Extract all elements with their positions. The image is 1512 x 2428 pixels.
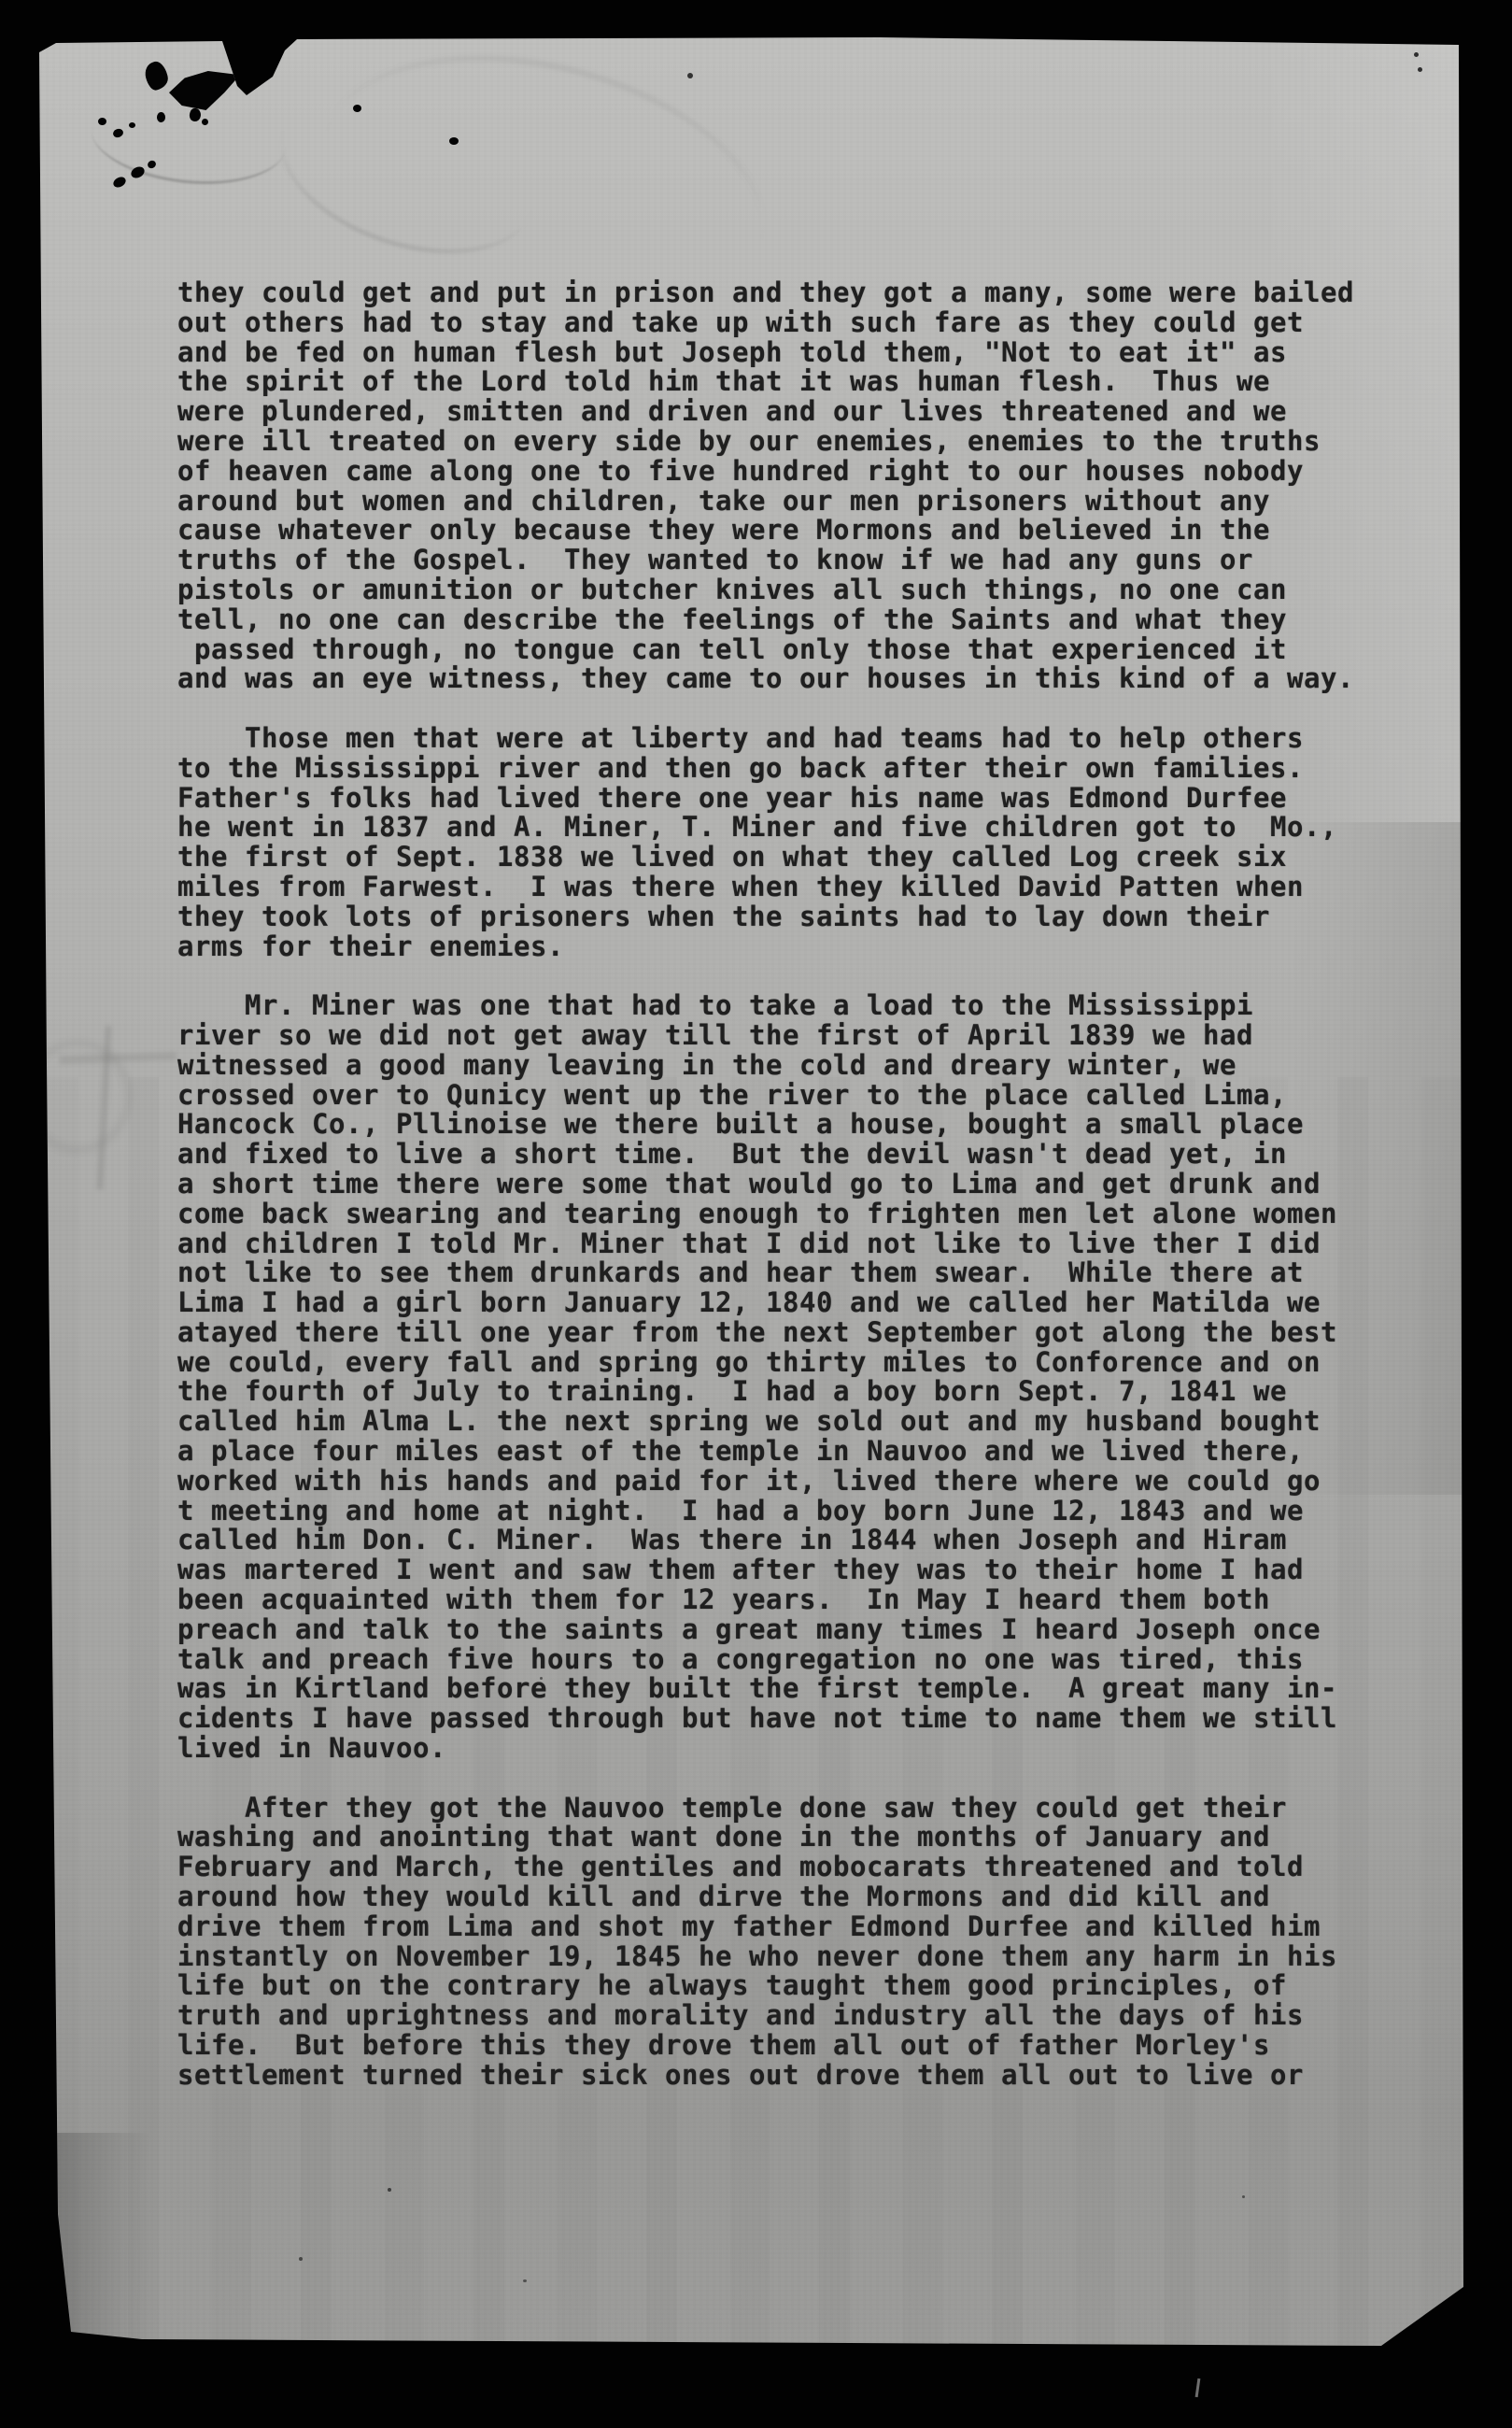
paragraph: After they got the Nauvoo temple done sa… (177, 1794, 1392, 2091)
paper-speck (1242, 2195, 1245, 2198)
ink-spot (687, 73, 693, 78)
ink-spot (353, 105, 361, 112)
pencil-mark (60, 1052, 177, 1064)
paper-tear-hole (143, 60, 171, 92)
typed-text-block: they could get and put in prison and the… (177, 278, 1392, 2091)
ink-spot (112, 127, 124, 138)
pencil-mark (22, 1039, 133, 1154)
paper-crease (261, 57, 557, 283)
document-page: they could get and put in prison and the… (39, 37, 1463, 2348)
paragraph: Mr. Miner was one that had to take a loa… (177, 991, 1392, 1764)
ink-spot (202, 119, 208, 125)
paper-edge-shadow (39, 2133, 189, 2348)
pencil-mark (96, 1026, 111, 1189)
ink-spot (98, 118, 106, 125)
ink-spot (129, 122, 135, 128)
scanned-page-background: they could get and put in prison and the… (0, 0, 1512, 2428)
paper-speck (523, 2279, 527, 2282)
ink-spot (111, 175, 127, 189)
ink-spot (189, 107, 202, 122)
paper-speck (299, 2257, 303, 2261)
paper-tear-hole (169, 71, 240, 110)
scan-artifact-tick (1195, 2378, 1201, 2397)
paragraph: they could get and put in prison and the… (177, 278, 1392, 694)
ink-spot (1418, 67, 1422, 72)
ink-spot (157, 112, 165, 122)
paragraph: Those men that were at liberty and had t… (177, 724, 1392, 961)
ink-spot (1414, 52, 1419, 57)
paper-speck (388, 2188, 391, 2192)
ink-spot (129, 164, 146, 180)
ink-spot (449, 137, 459, 145)
ink-spot (147, 159, 158, 169)
